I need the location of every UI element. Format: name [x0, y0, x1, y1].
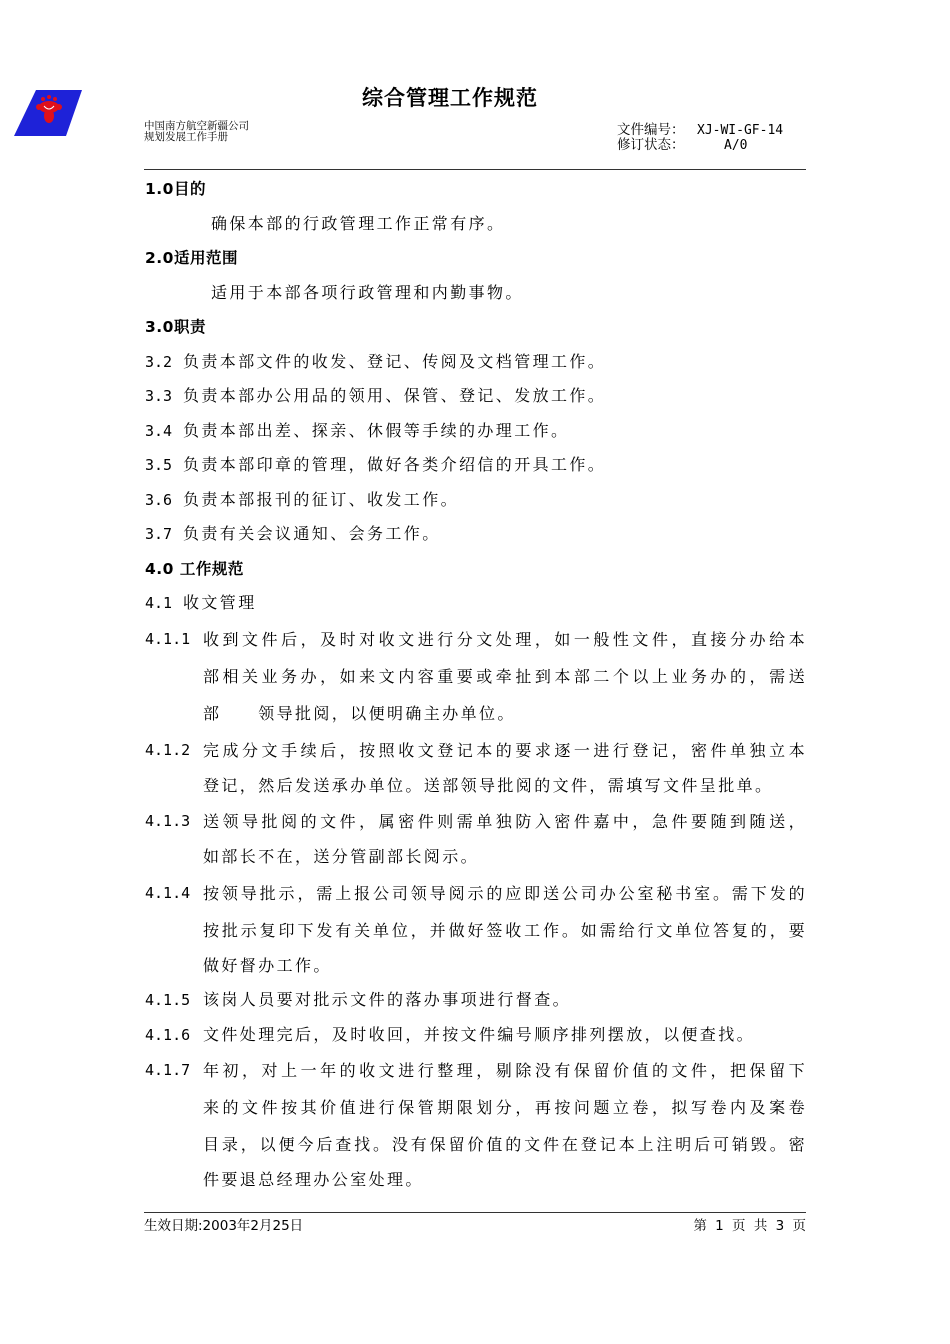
effective-date: 生效日期:2003年2月25日: [144, 1214, 303, 1234]
item-text-continued: 如部长不在，送分管副部长阅示。: [145, 840, 807, 875]
duty-item: 3.6 负责本部报刊的征订、收发工作。: [145, 483, 807, 518]
procedure-item: 4.1.5 该岗人员要对批示文件的落办事项进行督查。: [145, 983, 807, 1018]
duty-item: 3.2 负责本部文件的收发、登记、传阅及文档管理工作。: [145, 345, 807, 380]
page-number: 第 1 页 共 3 页: [693, 1214, 806, 1234]
item-number: 3.3: [145, 379, 183, 414]
doc-number-label: 文件编号：: [617, 123, 697, 138]
duty-item: 3.7 负责有关会议通知、会务工作。: [145, 517, 807, 552]
duty-item: 3.3 负责本部办公用品的领用、保管、登记、发放工作。: [145, 379, 807, 414]
document-body: 1.0目的 确保本部的行政管理工作正常有序。 2.0适用范围 适用于本部各项行政…: [145, 172, 807, 1198]
item-number: 4.1.5: [145, 983, 203, 1018]
item-number: 4.1.6: [145, 1018, 203, 1053]
item-text: 负责有关会议通知、会务工作。: [183, 517, 807, 552]
item-text: 负责本部办公用品的领用、保管、登记、发放工作。: [183, 379, 807, 414]
item-text: 文件处理完后，及时收回，并按文件编号顺序排列摆放，以便查找。: [203, 1018, 807, 1053]
revision-label: 修订状态：: [617, 138, 697, 153]
item-text: 按领导批示，需上报公司领导阅示的应即送公司办公室秘书室。需下发的: [203, 875, 807, 912]
duty-item: 3.5 负责本部印章的管理，做好各类介绍信的开具工作。: [145, 448, 807, 483]
section-heading-work-standards: 4.0 工作规范: [145, 552, 807, 587]
subsection-title: 收文管理: [183, 586, 807, 621]
item-text: 负责本部文件的收发、登记、传阅及文档管理工作。: [183, 345, 807, 380]
item-text-continued: 登记，然后发送承办单位。送部领导批阅的文件，需填写文件呈批单。: [145, 769, 807, 804]
document-title: 综合管理工作规范: [300, 82, 600, 112]
subsection-number: 4.1: [145, 586, 183, 621]
item-text: 年初，对上一年的收文进行整理，剔除没有保留价值的文件，把保留下: [203, 1052, 807, 1089]
procedure-item: 4.1.6 文件处理完后，及时收回，并按文件编号顺序排列摆放，以便查找。: [145, 1018, 807, 1053]
footer-divider: [144, 1212, 806, 1213]
subsection-receiving: 4.1 收文管理: [145, 586, 807, 621]
item-number: 4.1.4: [145, 875, 203, 912]
item-number: 3.4: [145, 414, 183, 449]
company-info: 中国南方航空新疆公司 规划发展工作手册: [144, 121, 249, 143]
document-meta: 文件编号： XJ-WI-GF-14 修订状态： A/0: [617, 123, 783, 153]
document-page: 综合管理工作规范 中国南方航空新疆公司 规划发展工作手册 文件编号： XJ-WI…: [0, 0, 950, 1344]
item-text-continued: 件要退总经理办公室处理。: [145, 1163, 807, 1198]
item-number: 4.1.2: [145, 732, 203, 769]
doc-number-row: 文件编号： XJ-WI-GF-14: [617, 123, 783, 138]
section-text-scope: 适用于本部各项行政管理和内勤事物。: [145, 276, 807, 311]
item-number: 3.2: [145, 345, 183, 380]
item-number: 3.5: [145, 448, 183, 483]
duty-item: 3.4 负责本部出差、探亲、休假等手续的办理工作。: [145, 414, 807, 449]
item-text: 该岗人员要对批示文件的落办事项进行督查。: [203, 983, 807, 1018]
section-heading-duties: 3.0职责: [145, 310, 807, 345]
airline-logo-icon: [14, 90, 82, 136]
item-text: 负责本部出差、探亲、休假等手续的办理工作。: [183, 414, 807, 449]
item-text-continued: 目录，以便今后查找。没有保留价值的文件在登记本上注明后可销毁。密: [145, 1126, 807, 1163]
procedure-item: 4.1.2 完成分文手续后，按照收文登记本的要求逐一进行登记，密件单独立本 登记…: [145, 732, 807, 804]
procedure-item: 4.1.4 按领导批示，需上报公司领导阅示的应即送公司办公室秘书室。需下发的 按…: [145, 875, 807, 984]
item-text-continued: 做好督办工作。: [145, 949, 807, 984]
procedure-item: 4.1.3 送领导批阅的文件，属密件则需单独防入密件嘉中，急件要随到随送， 如部…: [145, 803, 807, 875]
item-text: 送领导批阅的文件，属密件则需单独防入密件嘉中，急件要随到随送，: [203, 803, 807, 840]
manual-name: 规划发展工作手册: [144, 132, 249, 143]
procedure-item: 4.1.1 收到文件后，及时对收文进行分文处理，如一般性文件，直接分办给本 部相…: [145, 621, 807, 732]
revision-row: 修订状态： A/0: [617, 138, 783, 153]
item-text-continued: 部 领导批阅，以便明确主办单位。: [145, 695, 807, 732]
section-heading-scope: 2.0适用范围: [145, 241, 807, 276]
item-number: 4.1.3: [145, 803, 203, 840]
item-text: 负责本部印章的管理，做好各类介绍信的开具工作。: [183, 448, 807, 483]
item-text-continued: 来的文件按其价值进行保管期限划分，再按问题立卷，拟写卷内及案卷: [145, 1089, 807, 1126]
section-text-purpose: 确保本部的行政管理工作正常有序。: [145, 207, 807, 242]
item-text-continued: 按批示复印下发有关单位，并做好签收工作。如需给行文单位答复的，要: [145, 912, 807, 949]
header-divider: [144, 169, 806, 170]
doc-number-value: XJ-WI-GF-14: [697, 123, 783, 138]
item-number: 4.1.7: [145, 1052, 203, 1089]
revision-value: A/0: [697, 138, 747, 153]
section-heading-purpose: 1.0目的: [145, 172, 807, 207]
procedure-item: 4.1.7 年初，对上一年的收文进行整理，剔除没有保留价值的文件，把保留下 来的…: [145, 1052, 807, 1198]
item-number: 4.1.1: [145, 621, 203, 658]
item-text: 收到文件后，及时对收文进行分文处理，如一般性文件，直接分办给本: [203, 621, 807, 658]
item-text-continued: 部相关业务办，如来文内容重要或牵扯到本部二个以上业务办的，需送: [145, 658, 807, 695]
item-text: 完成分文手续后，按照收文登记本的要求逐一进行登记，密件单独立本: [203, 732, 807, 769]
item-number: 3.7: [145, 517, 183, 552]
item-number: 3.6: [145, 483, 183, 518]
item-text: 负责本部报刊的征订、收发工作。: [183, 483, 807, 518]
